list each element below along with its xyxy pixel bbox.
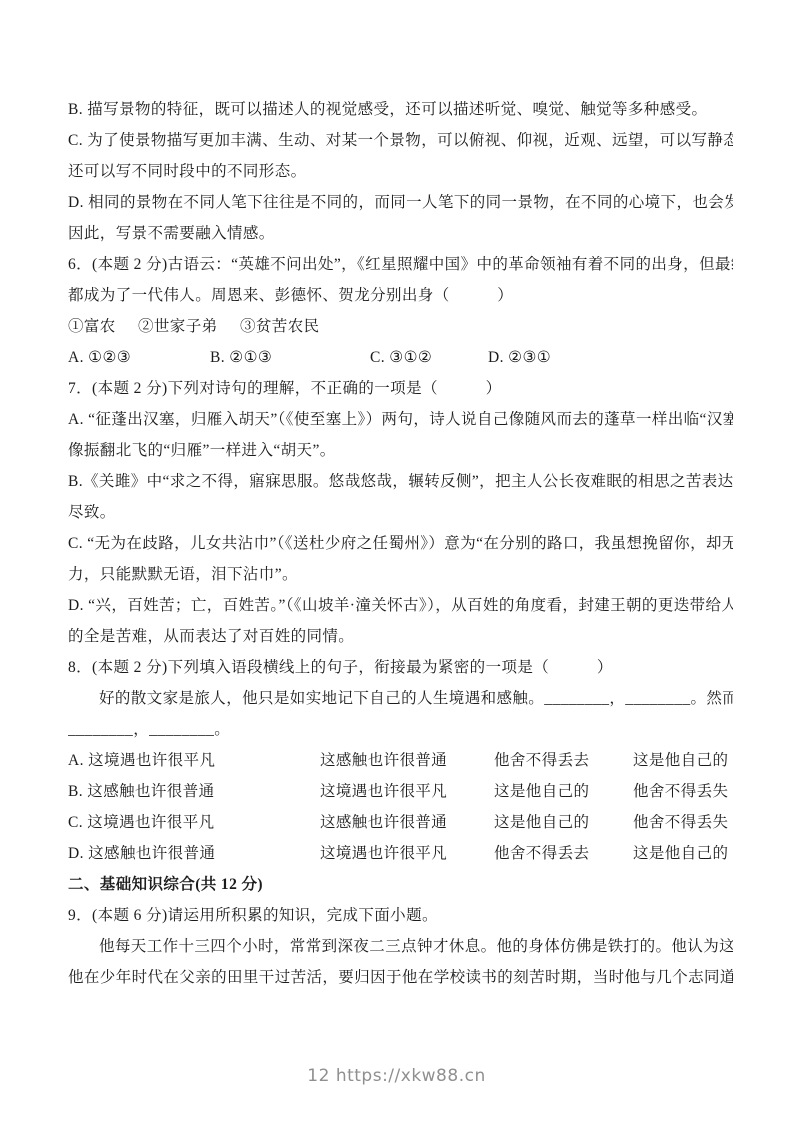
page-footer: 12 https://xkw88.cn (0, 1066, 793, 1086)
choice-cell: ③贫苦农民 (240, 311, 320, 342)
choice-cell: ①富农 (68, 311, 138, 342)
text-line: 还可以写不同时段中的不同形态。 (68, 156, 733, 187)
choice-cell: 这境遇也许很平凡 (320, 776, 494, 807)
text-line: 9．(本题 6 分)请运用所积累的知识，完成下面小题。 (68, 900, 733, 931)
text-line: A. “征蓬出汉塞，归雁入胡天”（《使至塞上》）两句，诗人说自己像随风而去的蓬草… (68, 404, 733, 435)
text-line: B.《关雎》中“求之不得，寤寐思服。悠哉悠哉，辗转反侧”，把主人公长夜难眠的相思… (68, 466, 733, 497)
page-number-and-url: 12 https://xkw88.cn (307, 1066, 485, 1086)
document-body: B. 描写景物的特征，既可以描述人的视觉感受，还可以描述听觉、嗅觉、触觉等多种感… (68, 94, 733, 993)
choice-cell: 这感触也许很普通 (320, 745, 494, 776)
choice-row: B. 这感触也许很普通这境遇也许很平凡这是他自己的他舍不得丢失 (68, 776, 733, 807)
text-line: C. 为了使景物描写更加丰满、生动、对某一个景物，可以俯视、仰视，近观、远望，可… (68, 125, 733, 156)
text-line: 6．(本题 2 分)古语云：“英雄不问出处”，《红星照耀中国》中的革命领袖有着不… (68, 249, 733, 280)
exam-document-page: B. 描写景物的特征，既可以描述人的视觉感受，还可以描述听觉、嗅觉、触觉等多种感… (0, 0, 793, 1122)
choice-cell: C. 这境遇也许很平凡 (68, 807, 320, 838)
choice-cell: 这是他自己的 (633, 745, 728, 776)
text-line: 好的散文家是旅人，他只是如实地记下自己的人生境遇和感触。________，___… (68, 683, 733, 714)
choice-row: D. 这感触也许很普通这境遇也许很平凡他舍不得丢去这是他自己的 (68, 838, 733, 869)
text-line: 尽致。 (68, 497, 733, 528)
choice-cell: 他舍不得丢失 (633, 807, 728, 838)
text-line: 都成为了一代伟人。周恩来、彭德怀、贺龙分别出身（ ） (68, 280, 733, 311)
choice-cell: 这是他自己的 (494, 807, 633, 838)
text-line: ________，________。 (68, 714, 733, 745)
choice-cell: ②世家子弟 (138, 311, 240, 342)
choice-cell: D. ②③① (488, 342, 551, 373)
choice-cell: 这感触也许很普通 (320, 807, 494, 838)
choice-cell: A. ①②③ (68, 342, 210, 373)
choice-cell: 他舍不得丢失 (633, 776, 728, 807)
choice-row: C. 这境遇也许很平凡这感触也许很普通这是他自己的他舍不得丢失 (68, 807, 733, 838)
text-line: 力，只能默默无语，泪下沾巾”。 (68, 559, 733, 590)
choice-cell: D. 这感触也许很普通 (68, 838, 320, 869)
text-line: C. “无为在歧路，儿女共沾巾”（《送杜少府之任蜀州》）意为“在分别的路口，我虽… (68, 528, 733, 559)
choice-cell: C. ③①② (370, 342, 488, 373)
text-line: 的全是苦难，从而表达了对百姓的同情。 (68, 621, 733, 652)
choice-cell: B. ②①③ (210, 342, 370, 373)
choice-row: ①富农②世家子弟③贫苦农民 (68, 311, 733, 342)
text-line: B. 描写景物的特征，既可以描述人的视觉感受，还可以描述听觉、嗅觉、触觉等多种感… (68, 94, 733, 125)
choice-cell: A. 这境遇也许很平凡 (68, 745, 320, 776)
text-line: D. “兴，百姓苦；亡，百姓苦。”（《山坡羊·潼关怀古》），从百姓的角度看，封建… (68, 590, 733, 621)
choice-row: A. 这境遇也许很平凡这感触也许很普通他舍不得丢去这是他自己的 (68, 745, 733, 776)
text-line: 因此，写景不需要融入情感。 (68, 218, 733, 249)
choice-cell: B. 这感触也许很普通 (68, 776, 320, 807)
text-line: 他每天工作十三四个小时，常常到深夜二三点钟才休息。他的身体仿佛是铁打的。他认为这… (68, 931, 733, 962)
choice-cell: 这境遇也许很平凡 (320, 838, 494, 869)
text-line: 像振翻北飞的“归雁”一样进入“胡天”。 (68, 435, 733, 466)
choice-cell: 这是他自己的 (494, 776, 633, 807)
text-line: 7．(本题 2 分)下列对诗句的理解，不正确的一项是（ ） (68, 373, 733, 404)
choice-row: A. ①②③B. ②①③C. ③①②D. ②③① (68, 342, 733, 373)
section-header: 二、基础知识综合(共 12 分) (68, 869, 733, 900)
choice-cell: 他舍不得丢去 (494, 745, 633, 776)
text-line: 他在少年时代在父亲的田里干过苦活，要归因于他在学校读书的刻苦时期，当时他与几个志… (68, 962, 733, 993)
text-line: D. 相同的景物在不同人笔下往往是不同的，而同一人笔下的同一景物，在不同的心境下… (68, 187, 733, 218)
choice-cell: 这是他自己的 (633, 838, 728, 869)
choice-cell: 他舍不得丢去 (494, 838, 633, 869)
text-line: 8．(本题 2 分)下列填入语段横线上的句子，衔接最为紧密的一项是（ ） (68, 652, 733, 683)
